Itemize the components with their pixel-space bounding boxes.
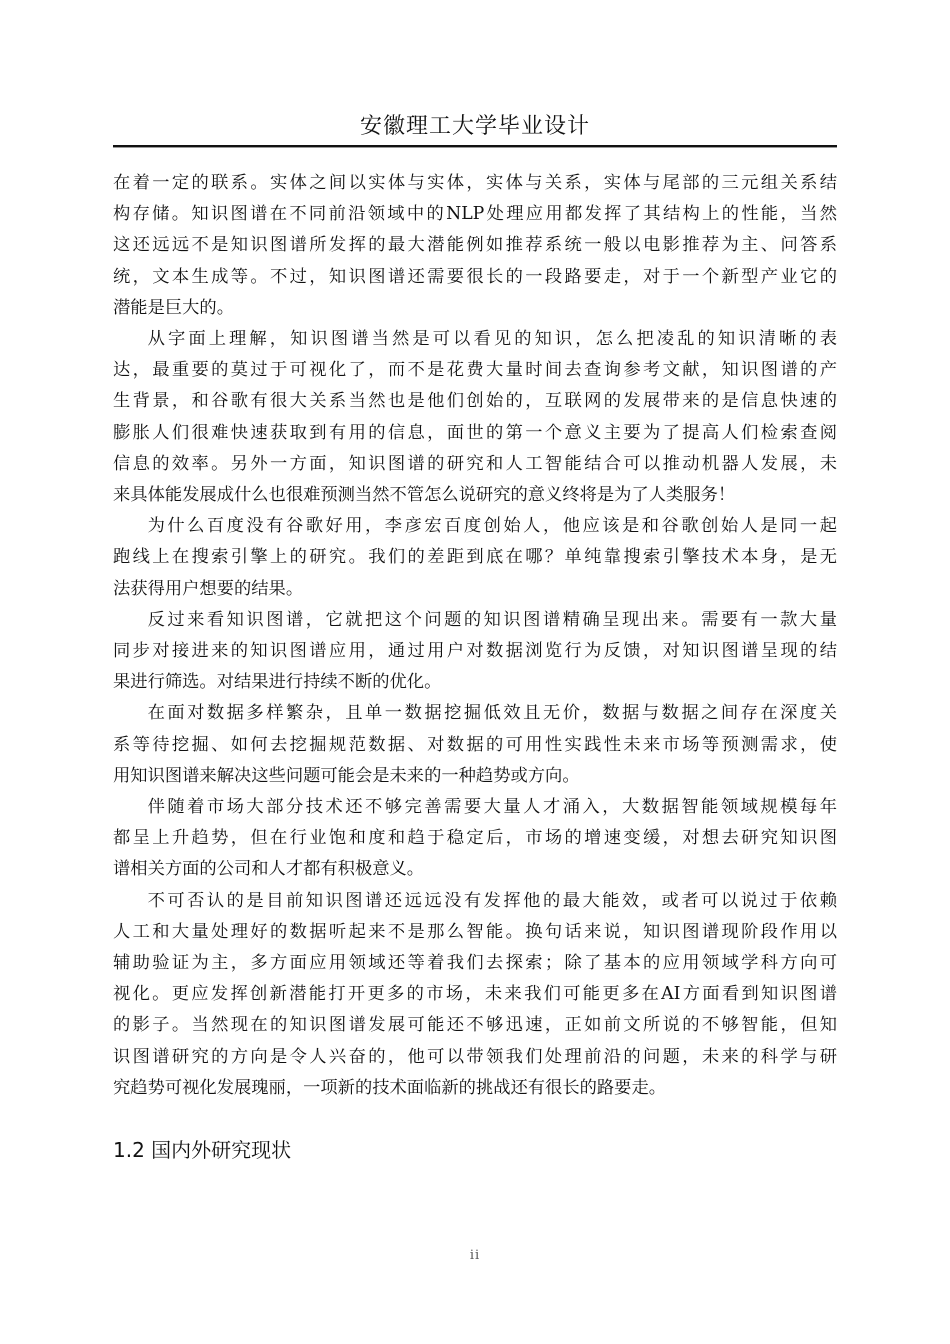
- paragraph: 在面对数据多样繁杂，且单一数据挖掘低效且无价，数据与数据之间存在深度关 系等待挖…: [113, 698, 837, 792]
- text-line: 膨胀人们很难快速获取到有用的信息，面世的第一个意义主要为了提高人们检索查阅: [113, 418, 837, 449]
- text-line: 人工和大量处理好的数据听起来不是那么智能。换句话来说，知识图谱现阶段作用以: [113, 917, 837, 948]
- header-rule-divider: [113, 145, 837, 148]
- text-line: 来具体能发展成什么也很难预测当然不管怎么说研究的意义终将是为了人类服务！: [113, 480, 837, 511]
- section-heading: 1.2 国内外研究现状: [113, 1135, 291, 1165]
- paragraph: 为什么百度没有谷歌好用，李彦宏百度创始人，他应该是和谷歌创始人是同一起 跑线上在…: [113, 511, 837, 605]
- text-line: 潜能是巨大的。: [113, 293, 837, 324]
- text-line: 法获得用户想要的结果。: [113, 574, 837, 605]
- page-number: ii: [0, 1248, 950, 1263]
- running-header-title: 安徽理工大学毕业设计: [113, 113, 837, 141]
- text-line: 统，文本生成等。不过，知识图谱还需要很长的一段路要走，对于一个新型产业它的: [113, 262, 837, 293]
- text-line: 达，最重要的莫过于可视化了，而不是花费大量时间去查询参考文献，知识图谱的产: [113, 355, 837, 386]
- body-text: 在着一定的联系。实体之间以实体与实体，实体与关系，实体与尾部的三元组关系结 构存…: [113, 168, 837, 1104]
- text-line: 生背景，和谷歌有很大关系当然也是他们创始的，互联网的发展带来的是信息快速的: [113, 386, 837, 417]
- paragraph: 从字面上理解，知识图谱当然是可以看见的知识，怎么把凌乱的知识清晰的表 达，最重要…: [113, 324, 837, 511]
- text-line: 这还远远不是知识图谱所发挥的最大潜能例如推荐系统一般以电影推荐为主、问答系: [113, 230, 837, 261]
- text-line: 信息的效率。另外一方面，知识图谱的研究和人工智能结合可以推动机器人发展，未: [113, 449, 837, 480]
- text-line: 为什么百度没有谷歌好用，李彦宏百度创始人，他应该是和谷歌创始人是同一起: [113, 511, 837, 542]
- text-line: 同步对接进来的知识图谱应用，通过用户对数据浏览行为反馈，对知识图谱呈现的结: [113, 636, 837, 667]
- text-line: 用知识图谱来解决这些问题可能会是未来的一种趋势或方向。: [113, 761, 837, 792]
- text-line: 辅助验证为主，多方面应用领域还等着我们去探索；除了基本的应用领域学科方向可: [113, 948, 837, 979]
- text-line: 都呈上升趋势，但在行业饱和度和趋于稳定后，市场的增速变缓，对想去研究知识图: [113, 823, 837, 854]
- paragraph: 在着一定的联系。实体之间以实体与实体，实体与关系，实体与尾部的三元组关系结 构存…: [113, 168, 837, 324]
- text-line: 的影子。当然现在的知识图谱发展可能还不够迅速，正如前文所说的不够智能，但知: [113, 1010, 837, 1041]
- text-line: 在着一定的联系。实体之间以实体与实体，实体与关系，实体与尾部的三元组关系结: [113, 168, 837, 199]
- text-line: 在面对数据多样繁杂，且单一数据挖掘低效且无价，数据与数据之间存在深度关: [113, 698, 837, 729]
- document-page: 安徽理工大学毕业设计 在着一定的联系。实体之间以实体与实体，实体与关系，实体与尾…: [0, 0, 950, 1344]
- paragraph: 伴随着市场大部分技术还不够完善需要大量人才涌入，大数据智能领域规模每年 都呈上升…: [113, 792, 837, 886]
- text-line: 究趋势可视化发展瑰丽，一项新的技术面临新的挑战还有很长的路要走。: [113, 1073, 837, 1104]
- text-line: 跑线上在搜索引擎上的研究。我们的差距到底在哪？单纯靠搜索引擎技术本身，是无: [113, 542, 837, 573]
- text-line: 不可否认的是目前知识图谱还远远没有发挥他的最大能效，或者可以说过于依赖: [113, 886, 837, 917]
- text-line: 构存储。知识图谱在不同前沿领域中的NLP处理应用都发挥了其结构上的性能，当然: [113, 199, 837, 230]
- text-line: 视化。更应发挥创新潜能打开更多的市场，未来我们可能更多在AI方面看到知识图谱: [113, 979, 837, 1010]
- text-line: 系等待挖掘、如何去挖掘规范数据、对数据的可用性实践性未来市场等预测需求，使: [113, 730, 837, 761]
- text-line: 谱相关方面的公司和人才都有积极意义。: [113, 854, 837, 885]
- text-line: 反过来看知识图谱，它就把这个问题的知识图谱精确呈现出来。需要有一款大量: [113, 605, 837, 636]
- text-line: 识图谱研究的方向是令人兴奋的，他可以带领我们处理前沿的问题，未来的科学与研: [113, 1042, 837, 1073]
- paragraph: 不可否认的是目前知识图谱还远远没有发挥他的最大能效，或者可以说过于依赖 人工和大…: [113, 886, 837, 1104]
- text-line: 果进行筛选。对结果进行持续不断的优化。: [113, 667, 837, 698]
- paragraph: 反过来看知识图谱，它就把这个问题的知识图谱精确呈现出来。需要有一款大量 同步对接…: [113, 605, 837, 699]
- text-line: 从字面上理解，知识图谱当然是可以看见的知识，怎么把凌乱的知识清晰的表: [113, 324, 837, 355]
- text-line: 伴随着市场大部分技术还不够完善需要大量人才涌入，大数据智能领域规模每年: [113, 792, 837, 823]
